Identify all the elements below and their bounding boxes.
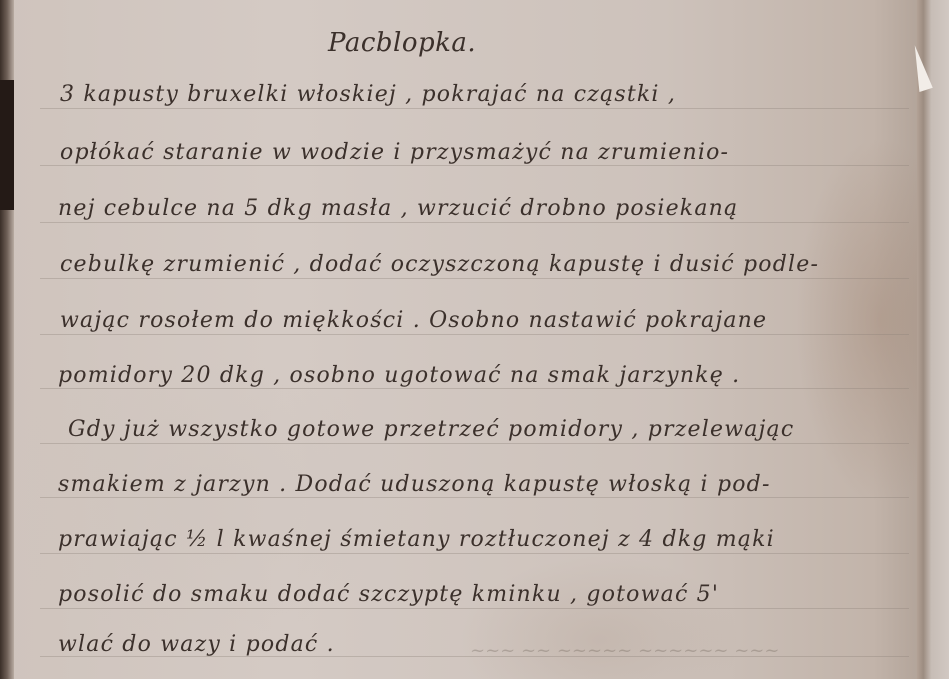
recipe-line: wlać do wazy i podać . xyxy=(58,632,335,657)
recipe-title: Pacblopka. xyxy=(328,28,476,58)
recipe-line: pomidory 20 dkg , osobno ugotować na sma… xyxy=(58,363,740,388)
recipe-line: prawiając ½ l kwaśnej śmietany roztłuczo… xyxy=(58,527,775,552)
recipe-line: Gdy już wszystko gotowe przetrzeć pomido… xyxy=(68,417,794,442)
recipe-line: opłókać staranie w wodzie i przysmażyć n… xyxy=(60,140,729,165)
recipe-line: smakiem z jarzyn . Dodać uduszoną kapust… xyxy=(58,472,771,497)
recipe-line: nej cebulce na 5 dkg masła , wrzucić dro… xyxy=(58,196,738,221)
recipe-line: 3 kapusty bruxelki włoskiej , pokrajać n… xyxy=(60,82,676,107)
recipe-line: posolić do smaku dodać szczyptę kminku ,… xyxy=(58,582,719,607)
handwritten-recipe: Pacblopka. 3 kapusty bruxelki włoskiej ,… xyxy=(0,0,949,679)
recipe-line: wając rosołem do miękkości . Osobno nast… xyxy=(60,308,767,333)
recipe-line: cebulkę zrumienić , dodać oczyszczoną ka… xyxy=(60,252,819,277)
